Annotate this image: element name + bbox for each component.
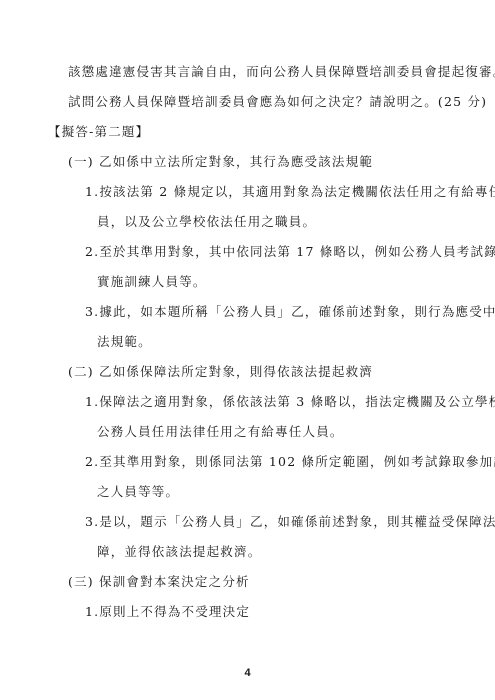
- section-1-title: (一) 乙如係中立法所定對象，其行為應受該法規範: [68, 154, 373, 170]
- section-2-item-3-line-2: 障，並得依該法提起救濟。: [97, 544, 261, 560]
- section-3-title: (三) 保訓會對本案決定之分析: [68, 574, 250, 590]
- section-1-item-2-line-1: 2.至於其準用對象，其中依同法第 17 條略以，例如公務人員考試錄取: [85, 244, 495, 260]
- section-3-item-1-line-1: 1.原則上不得為不受理決定: [85, 604, 250, 620]
- section-1-item-3-line-2: 法規範。: [97, 334, 152, 350]
- section-1-item-1-line-1: 1.按該法第 2 條規定以，其適用對象為法定機關依法任用之有給專任人: [85, 184, 495, 200]
- section-2-item-2-line-1: 2.至其準用對象，則係同法第 102 條所定範圍，例如考試錄取參加訓練: [85, 454, 495, 470]
- answer-heading: 【擬答-第二題】: [48, 124, 149, 140]
- section-2-item-2-line-2: 之人員等等。: [97, 484, 179, 500]
- question-line-1: 該懲處違憲侵害其言論自由，而向公務人員保障暨培訓委員會提起復審。: [68, 64, 495, 80]
- section-2-item-3-line-1: 3.是以，題示「公務人員」乙，如確係前述對象，則其權益受保障法保: [85, 514, 495, 530]
- section-2-item-1-line-2: 公務人員任用法律任用之有給專任人員。: [97, 424, 344, 440]
- section-2-item-1-line-1: 1.保障法之適用對象，係依該法第 3 條略以，指法定機關及公立學校依: [85, 394, 495, 410]
- question-line-2: 試問公務人員保障暨培訓委員會應為如何之決定？請說明之。(25 分): [68, 94, 487, 110]
- page-number: 4: [0, 667, 495, 679]
- section-1-item-3-line-1: 3.據此，如本題所稱「公務人員」乙，確係前述對象，則行為應受中立: [85, 304, 495, 320]
- section-2-title: (二) 乙如係保障法所定對象，則得依該法提起救濟: [68, 364, 373, 380]
- section-1-item-1-line-2: 員，以及公立學校依法任用之職員。: [97, 214, 316, 230]
- section-1-item-2-line-2: 實施訓練人員等。: [97, 274, 207, 290]
